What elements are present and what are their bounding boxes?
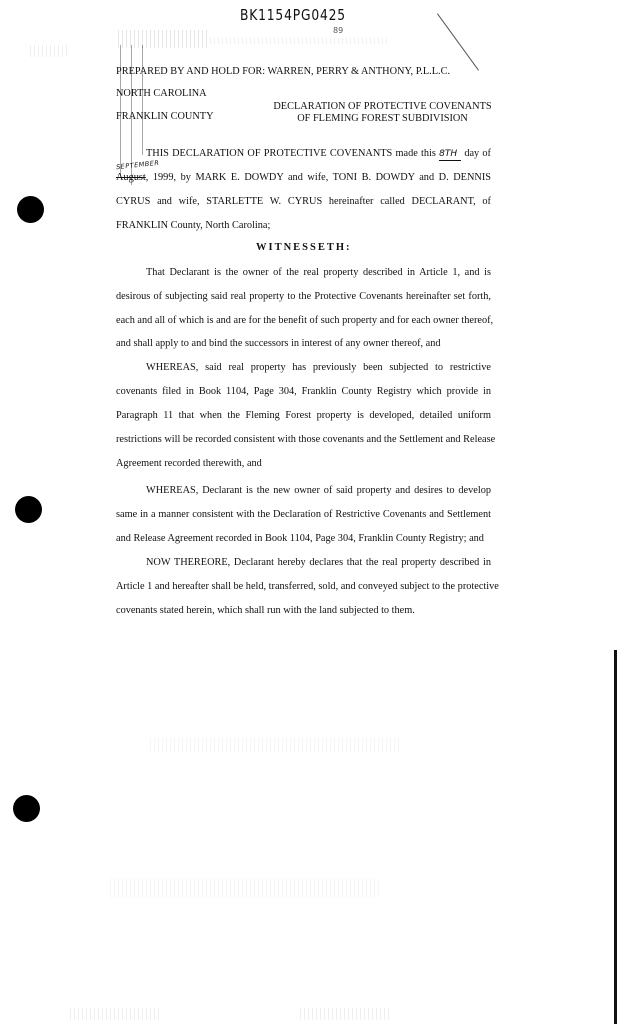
scan-noise (300, 1008, 390, 1020)
paragraph-1-line: desirous of subjecting said real propert… (116, 291, 491, 303)
intro-line-4: FRANKLIN County, North Carolina; (116, 220, 491, 232)
paragraph-4-line: NOW THEREORE, Declarant hereby declares … (116, 557, 491, 569)
state-label: NORTH CAROLINA (116, 88, 207, 100)
scan-noise (210, 38, 390, 44)
scan-noise (70, 1008, 160, 1020)
paragraph-1-line: and shall apply to and bind the successo… (116, 338, 491, 350)
scan-margin-mark (142, 45, 143, 155)
prepared-by-line: PREPARED BY AND HOLD FOR: WARREN, PERRY … (116, 66, 450, 78)
document-title-line1: DECLARATION OF PROTECTIVE COVENANTS (270, 101, 495, 113)
pen-stroke (437, 13, 479, 70)
county-label: FRANKLIN COUNTY (116, 111, 214, 123)
paragraph-3-line: WHEREAS, Declarant is the new owner of s… (116, 485, 491, 497)
intro-line-3: CYRUS and wife, STARLETTE W. CYRUS herei… (116, 196, 491, 208)
punch-hole-bottom (13, 795, 40, 822)
paragraph-3-line: same in a manner consistent with the Dec… (116, 509, 491, 521)
scan-edge-line (614, 650, 617, 1024)
paragraph-1-line: That Declarant is the owner of the real … (116, 267, 491, 279)
book-page-stamp: BK1154PG0425 (240, 6, 346, 24)
struck-month: August (116, 172, 146, 183)
scan-noise (30, 45, 70, 57)
scan-noise (150, 738, 400, 752)
paragraph-3-line: and Release Agreement recorded in Book 1… (116, 533, 491, 545)
intro-line-2: August, 1999, by MARK E. DOWDY and wife,… (116, 172, 491, 184)
intro-text: day of (464, 148, 491, 159)
paragraph-4-line: Article 1 and hereafter shall be held, t… (116, 581, 491, 593)
paragraph-2-line: covenants filed in Book 1104, Page 304, … (116, 386, 491, 398)
paragraph-4-line: covenants stated herein, which shall run… (116, 605, 491, 617)
paragraph-1-line: each and all of which is and are for the… (116, 315, 491, 327)
handwritten-day: 8TH (439, 148, 461, 161)
punch-hole-middle (15, 496, 42, 523)
witnesseth-heading: WITNESSETH: (256, 242, 352, 253)
scan-noise (110, 878, 380, 898)
intro-line-1: THIS DECLARATION OF PROTECTIVE COVENANTS… (116, 148, 491, 161)
intro-text: THIS DECLARATION OF PROTECTIVE COVENANTS… (146, 148, 436, 159)
paragraph-2-line: Paragraph 11 that when the Fleming Fores… (116, 410, 491, 422)
paragraph-2-line: Agreement recorded therewith, and (116, 458, 491, 470)
intro-text: , 1999, by MARK E. DOWDY and wife, TONI … (146, 172, 491, 183)
punch-hole-top (17, 196, 44, 223)
document-title-line2: OF FLEMING FOREST SUBDIVISION (270, 113, 495, 125)
paragraph-2-line: restrictions will be recorded consistent… (116, 434, 491, 446)
paragraph-2-line: WHEREAS, said real property has previous… (116, 362, 491, 374)
scanned-document-page: BK1154PG0425 89 PREPARED BY AND HOLD FOR… (0, 0, 622, 1024)
page-mark: 89 (333, 26, 343, 35)
